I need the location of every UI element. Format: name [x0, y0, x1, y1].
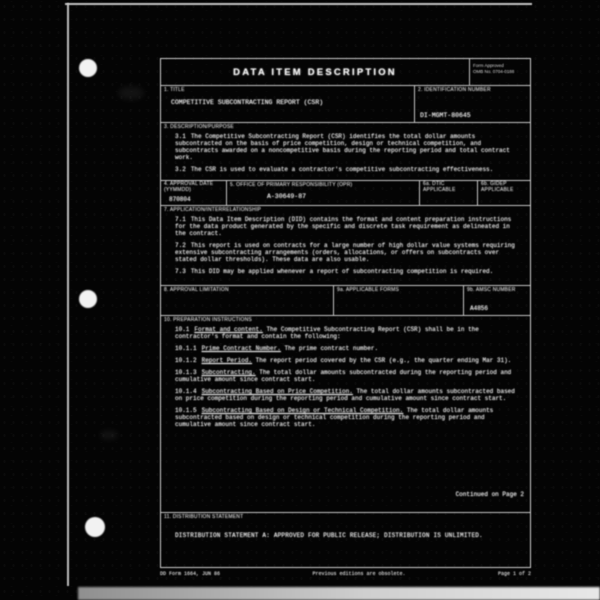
- paragraph-10-1-1: 10.1.1Prime Contract Number. The prime c…: [175, 345, 524, 352]
- paragraph-number: 7.1: [175, 216, 186, 223]
- form-title: DATA ITEM DESCRIPTION: [233, 67, 397, 78]
- description-label: 3. DESCRIPTION/PURPOSE: [161, 123, 530, 130]
- paragraph-heading: Report Period.: [202, 357, 252, 364]
- punch-hole: [79, 290, 97, 308]
- previous-editions-note: Previous editions are obsolete.: [312, 571, 405, 577]
- approval-limitation-label: 8. APPROVAL LIMITATION: [161, 286, 333, 293]
- approval-date-label: 4. APPROVAL DATE (YYMMDD): [161, 181, 226, 193]
- scan-smudge: [100, 430, 118, 440]
- paragraph-number: 10.1.1: [175, 345, 197, 352]
- block-5-opr: 5. OFFICE OF PRIMARY RESPONSIBILITY (OPR…: [226, 181, 419, 205]
- title-label: 1. TITLE: [161, 86, 414, 93]
- form-number: DD Form 1664, JUN 86: [160, 571, 220, 577]
- paragraph-heading: Subcontracting Based on Design or Techni…: [202, 407, 404, 414]
- scanned-page: DATA ITEM DESCRIPTION Form Approved OMB …: [0, 0, 600, 600]
- preparation-paragraphs: 10.1Format and content. The Competitive …: [161, 323, 530, 428]
- paragraph-number: 10.1.3: [175, 369, 197, 376]
- block-6b-gidep: 6b. GIDEP APPLICABLE: [477, 181, 530, 205]
- application-label: 7. APPLICATION/INTERRELATIONSHIP: [161, 206, 530, 213]
- punch-hole: [79, 59, 97, 77]
- paragraph-heading: Format and content.: [194, 326, 262, 333]
- paragraph-number: 10.1: [175, 326, 189, 333]
- amsc-label: 9b. AMSC NUMBER: [464, 286, 530, 293]
- form-title-cell: DATA ITEM DESCRIPTION: [161, 59, 469, 85]
- approval-opr-row: 4. APPROVAL DATE (YYMMDD) 870804 5. OFFI…: [161, 181, 530, 206]
- paragraph-10-1-4: 10.1.4Subcontracting Based on Price Comp…: [175, 388, 524, 402]
- omb-approval-box: Form Approved OMB No. 0704-0188: [469, 59, 530, 85]
- description-paragraphs: 3.1The Competitive Subcontracting Report…: [161, 130, 530, 173]
- block-11-distribution: 11. DISTRIBUTION STATEMENT DISTRIBUTION …: [161, 513, 530, 569]
- paragraph-7-2: 7.2This report is used on contracts for …: [175, 242, 524, 263]
- block-4-approval-date: 4. APPROVAL DATE (YYMMDD) 870804: [161, 181, 226, 205]
- paragraph-3-2: 3.2The CSR is used to evaluate a contrac…: [175, 166, 524, 173]
- paragraph-10-1-2: 10.1.2Report Period. The report period c…: [175, 357, 524, 364]
- paragraph-number: 10.1.4: [175, 388, 197, 395]
- paragraph-text: The report period covered by the CSR (e.…: [256, 357, 512, 364]
- paragraph-heading: Prime Contract Number.: [202, 345, 281, 352]
- paragraph-text: The Competitive Subcontracting Report (C…: [175, 133, 510, 161]
- paragraph-10-1-3: 10.1.3Subcontracting. The total dollar a…: [175, 369, 524, 383]
- paragraph-number: 3.2: [175, 166, 186, 173]
- block-6a-dtic: 6a. DTIC APPLICABLE: [419, 181, 477, 205]
- paragraph-text: The CSR is used to evaluate a contractor…: [191, 166, 493, 173]
- distribution-statement: DISTRIBUTION STATEMENT A: APPROVED FOR P…: [175, 532, 524, 539]
- identification-label: 2. IDENTIFICATION NUMBER: [415, 86, 530, 93]
- limitation-forms-row: 8. APPROVAL LIMITATION 9a. APPLICABLE FO…: [161, 286, 530, 316]
- dtic-label: 6a. DTIC APPLICABLE: [420, 181, 477, 193]
- paragraph-heading: Subcontracting Based on Price Competitio…: [202, 388, 353, 395]
- block-8-approval-limitation: 8. APPROVAL LIMITATION: [161, 286, 333, 315]
- omb-number-line: OMB No. 0704-0188: [473, 69, 528, 75]
- paragraph-3-1: 3.1The Competitive Subcontracting Report…: [175, 133, 524, 161]
- paragraph-7-3: 7.3This DID may be applied whenever a re…: [175, 268, 524, 275]
- block-7-application: 7. APPLICATION/INTERRELATIONSHIP 7.1This…: [161, 206, 530, 286]
- identification-value: DI-MGMT-80645: [420, 112, 471, 119]
- opr-label: 5. OFFICE OF PRIMARY RESPONSIBILITY (OPR…: [227, 181, 419, 188]
- paragraph-7-1: 7.1This Data Item Description (DID) cont…: [175, 216, 524, 237]
- block-9a-applicable-forms: 9a. APPLICABLE FORMS: [333, 286, 463, 315]
- paragraph-10-1-5: 10.1.5Subcontracting Based on Design or …: [175, 407, 524, 428]
- title-id-row: 1. TITLE COMPETITIVE SUBCONTRACTING REPO…: [161, 86, 530, 123]
- paragraph-text: The prime contract number.: [284, 345, 378, 352]
- dd-form-1664: DATA ITEM DESCRIPTION Form Approved OMB …: [160, 58, 531, 568]
- gidep-label: 6b. GIDEP APPLICABLE: [478, 181, 530, 193]
- application-paragraphs: 7.1This Data Item Description (DID) cont…: [161, 213, 530, 275]
- title-value: COMPETITIVE SUBCONTRACTING REPORT (CSR): [161, 93, 414, 106]
- distribution-label: 11. DISTRIBUTION STATEMENT: [161, 513, 530, 520]
- approval-date-value: 870804: [169, 196, 191, 203]
- paragraph-number: 10.1.2: [175, 357, 197, 364]
- paragraph-text: This Data Item Description (DID) contain…: [175, 216, 511, 237]
- paragraph-number: 7.3: [175, 268, 186, 275]
- block-2-identification: 2. IDENTIFICATION NUMBER DI-MGMT-80645: [414, 86, 530, 122]
- scan-bottom-strip: [78, 587, 600, 600]
- form-header-row: DATA ITEM DESCRIPTION Form Approved OMB …: [161, 59, 530, 86]
- paragraph-heading: Subcontracting.: [202, 369, 256, 376]
- punch-hole: [85, 517, 105, 537]
- continued-note: Continued on Page 2: [456, 491, 524, 498]
- applicable-forms-label: 9a. APPLICABLE FORMS: [334, 286, 463, 293]
- block-3-description: 3. DESCRIPTION/PURPOSE 3.1The Competitiv…: [161, 123, 530, 181]
- page-left-edge: [67, 3, 69, 586]
- paragraph-number: 3.1: [175, 133, 186, 140]
- page-top-edge: [65, 3, 532, 5]
- form-footer: DD Form 1664, JUN 86 Previous editions a…: [160, 571, 531, 577]
- opr-value: A-30649-87: [267, 193, 306, 200]
- block-10-preparation: 10. PREPARATION INSTRUCTIONS 10.1Format …: [161, 316, 530, 513]
- paragraph-number: 7.2: [175, 242, 186, 249]
- amsc-value: A4856: [470, 305, 488, 312]
- scan-smudge: [118, 86, 144, 100]
- paragraph-text: This DID may be applied whenever a repor…: [191, 268, 493, 275]
- block-9b-amsc-number: 9b. AMSC NUMBER A4856: [463, 286, 530, 315]
- block-1-title: 1. TITLE COMPETITIVE SUBCONTRACTING REPO…: [161, 86, 414, 122]
- page-number: Page 1 of 2: [498, 571, 531, 577]
- paragraph-10-1: 10.1Format and content. The Competitive …: [175, 326, 524, 340]
- paragraph-text: This report is used on contracts for a l…: [175, 242, 515, 263]
- preparation-label: 10. PREPARATION INSTRUCTIONS: [161, 316, 530, 323]
- paragraph-number: 10.1.5: [175, 407, 197, 414]
